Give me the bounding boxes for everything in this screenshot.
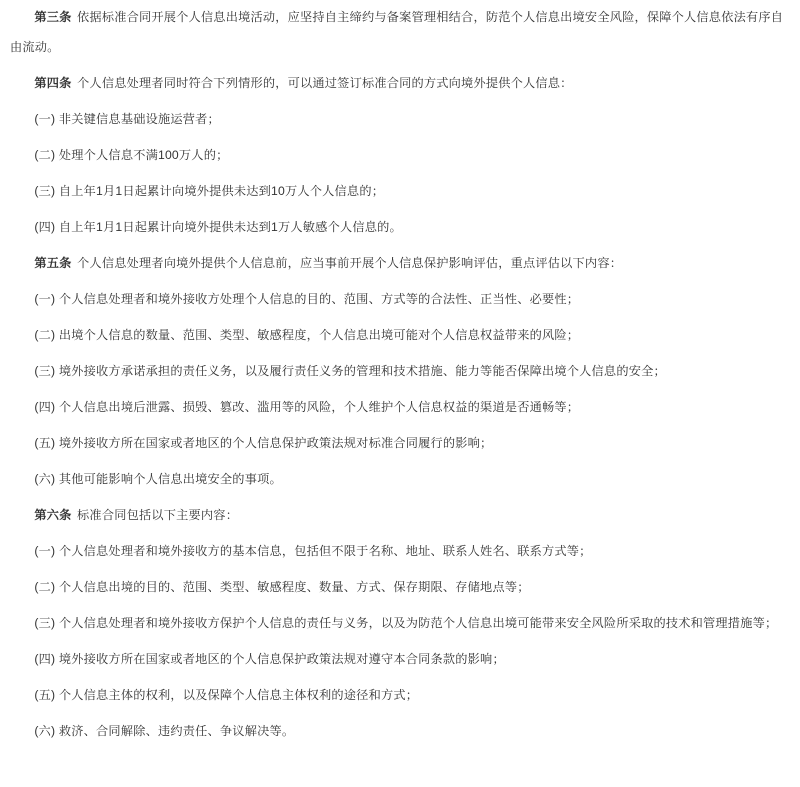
article-3-text: 依据标准合同开展个人信息出境活动，应坚持自主缔约与备案管理相结合，防范个人信息出…: [10, 10, 783, 54]
article-4-paragraph: 第四条个人信息处理者同时符合下列情形的，可以通过签订标准合同的方式向境外提供个人…: [10, 68, 794, 98]
article-4-item-3: (三) 自上年1月1日起累计向境外提供未达到10万人个人信息的；: [10, 176, 794, 206]
article-6-item-5: (五) 个人信息主体的权利，以及保障个人信息主体权利的途径和方式；: [10, 680, 794, 710]
article-6-item-6: (六) 救济、合同解除、违约责任、争议解决等。: [10, 716, 794, 746]
article-5-text: 个人信息处理者向境外提供个人信息前，应当事前开展个人信息保护影响评估，重点评估以…: [77, 256, 622, 270]
article-5-item-6: (六) 其他可能影响个人信息出境安全的事项。: [10, 464, 794, 494]
article-6-item-1: (一) 个人信息处理者和境外接收方的基本信息，包括但不限于名称、地址、联系人姓名…: [10, 536, 794, 566]
article-4-item-2: (二) 处理个人信息不满100万人的；: [10, 140, 794, 170]
article-6-item-4: (四) 境外接收方所在国家或者地区的个人信息保护政策法规对遵守本合同条款的影响；: [10, 644, 794, 674]
article-6-item-3: (三) 个人信息处理者和境外接收方保护个人信息的责任与义务，以及为防范个人信息出…: [10, 608, 794, 638]
article-4-item-4: (四) 自上年1月1日起累计向境外提供未达到1万人敏感个人信息的。: [10, 212, 794, 242]
article-4-number: 第四条: [34, 76, 71, 90]
article-5-item-5: (五) 境外接收方所在国家或者地区的个人信息保护政策法规对标准合同履行的影响；: [10, 428, 794, 458]
article-6-text: 标准合同包括以下主要内容：: [77, 508, 238, 522]
article-6-number: 第六条: [34, 508, 71, 522]
article-5-item-4: (四) 个人信息出境后泄露、损毁、篡改、滥用等的风险，个人维护个人信息权益的渠道…: [10, 392, 794, 422]
article-6-item-2: (二) 个人信息出境的目的、范围、类型、敏感程度、数量、方式、保存期限、存储地点…: [10, 572, 794, 602]
article-5-item-2: (二) 出境个人信息的数量、范围、类型、敏感程度，个人信息出境可能对个人信息权益…: [10, 320, 794, 350]
article-5-number: 第五条: [34, 256, 71, 270]
article-5-item-1: (一) 个人信息处理者和境外接收方处理个人信息的目的、范围、方式等的合法性、正当…: [10, 284, 794, 314]
article-5-item-3: (三) 境外接收方承诺承担的责任义务，以及履行责任义务的管理和技术措施、能力等能…: [10, 356, 794, 386]
article-3-paragraph: 第三条依据标准合同开展个人信息出境活动，应坚持自主缔约与备案管理相结合，防范个人…: [10, 2, 794, 62]
regulation-document: 第三条依据标准合同开展个人信息出境活动，应坚持自主缔约与备案管理相结合，防范个人…: [10, 2, 794, 746]
article-4-item-1: (一) 非关键信息基础设施运营者；: [10, 104, 794, 134]
article-5-paragraph: 第五条个人信息处理者向境外提供个人信息前，应当事前开展个人信息保护影响评估，重点…: [10, 248, 794, 278]
article-3-number: 第三条: [34, 10, 71, 24]
article-4-text: 个人信息处理者同时符合下列情形的，可以通过签订标准合同的方式向境外提供个人信息：: [77, 76, 573, 90]
article-6-paragraph: 第六条标准合同包括以下主要内容：: [10, 500, 794, 530]
